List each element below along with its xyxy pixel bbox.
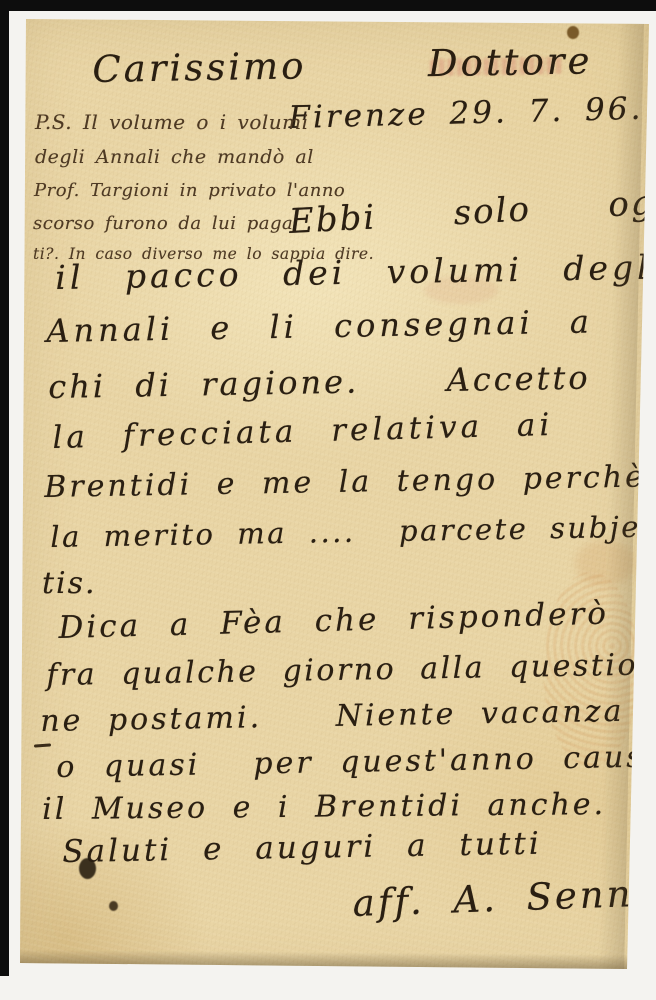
postscript-line: scorso furono da lui paga — [33, 213, 293, 234]
handwriting-line: Brentidi e me la tengo perchè — [44, 460, 646, 505]
postscript-line: P.S. Il volume o i volumi — [35, 110, 309, 134]
scanned-postcard: Carissimo Dottore Firenze 29. 7. 96. P.S… — [0, 0, 656, 1000]
postscript-line: degli Annali che mandò al — [35, 146, 314, 168]
postscript-line: Prof. Targioni in privato l'anno — [34, 180, 345, 201]
handwriting-line: Annali e li consegnai a — [46, 302, 593, 350]
postcard-paper: Carissimo Dottore Firenze 29. 7. 96. P.S… — [0, 0, 656, 1000]
foxing-spot — [567, 26, 579, 39]
stray-ink-dash — [34, 743, 51, 747]
handwriting-line: o quasi per quest'anno causa — [56, 739, 656, 785]
handwriting-line: Dica a Fèa che risponderò — [58, 596, 609, 646]
handwriting-line: tis. — [42, 566, 97, 601]
handwriting-line: la merito ma .... parcete subjec= — [50, 509, 656, 554]
handwriting-line: chi di ragione. Accetto — [48, 359, 591, 406]
scanner-lid-top-edge — [0, 0, 656, 11]
handwriting-line: il Museo e i Brentidi anche. — [42, 787, 606, 827]
handwriting-line: ne postami. Niente vacanza — [40, 694, 625, 739]
card-bottom-edge-shadow — [18, 949, 630, 972]
ink-speck — [109, 901, 118, 911]
closing-line: Saluti e auguri a tutti — [62, 826, 542, 870]
handwriting-line: la frecciata relativa ai — [52, 407, 554, 456]
scanner-lid-left-edge — [0, 0, 9, 976]
salutation-line: Carissimo Dottore — [92, 39, 593, 91]
dateline: Firenze 29. 7. 96. — [288, 91, 644, 136]
